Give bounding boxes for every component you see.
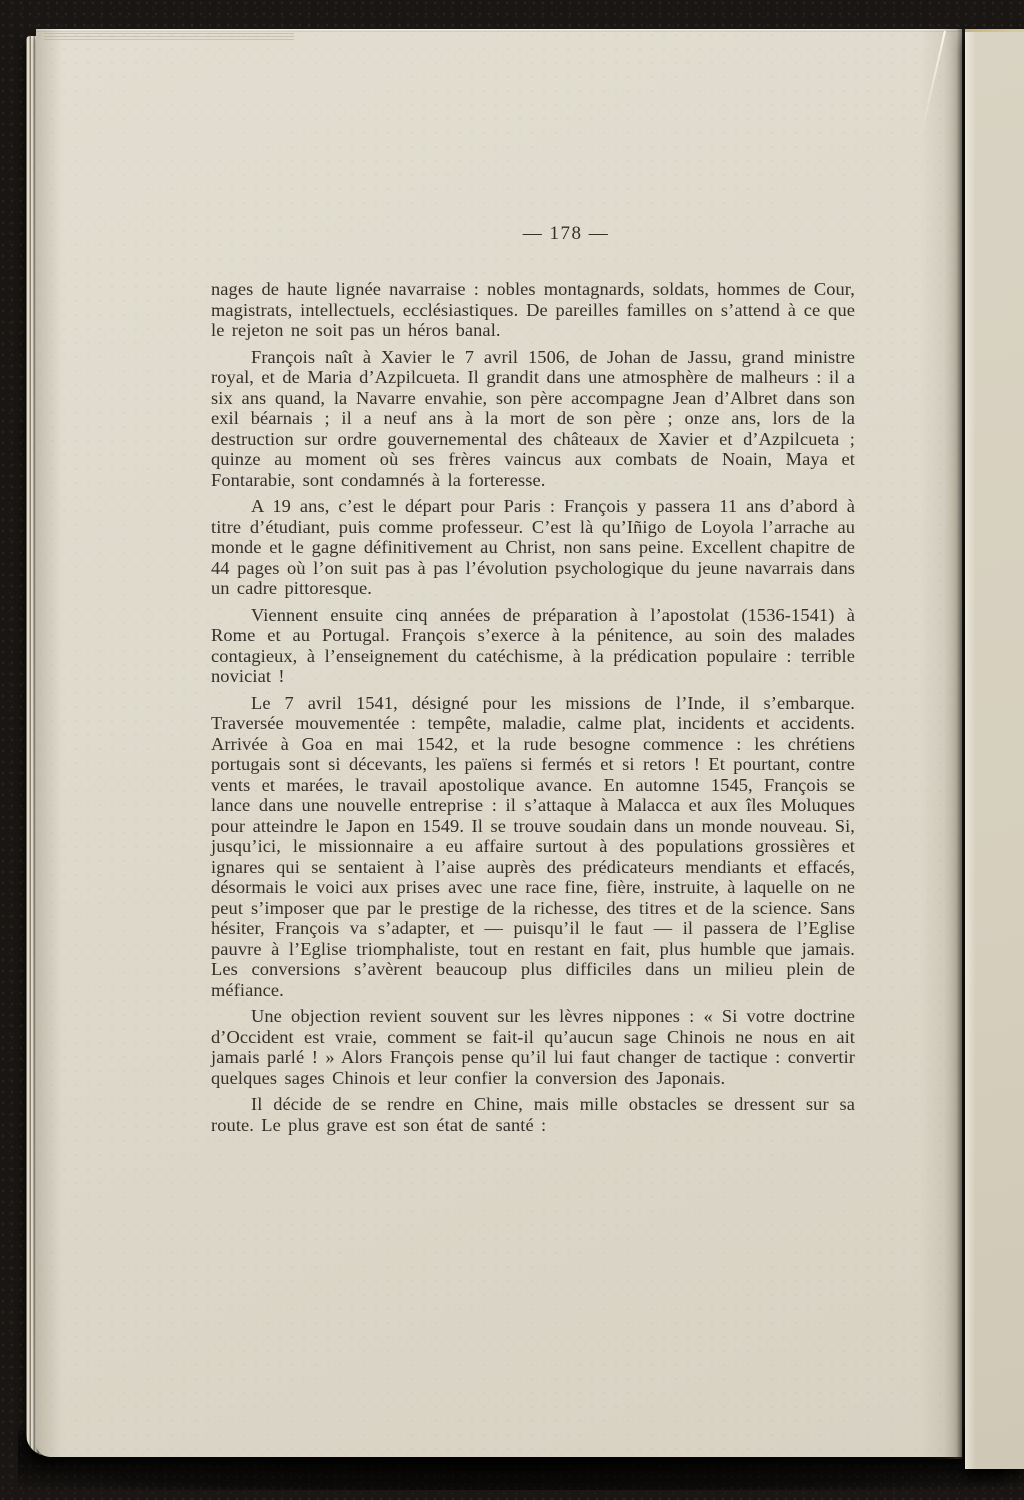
book-gutter bbox=[920, 29, 963, 1459]
top-page-edge-lines bbox=[44, 33, 294, 40]
facing-page-sliver bbox=[965, 31, 1024, 1469]
paragraph: Une objection revient souvent sur les lè… bbox=[211, 1006, 855, 1088]
paragraph: A 19 ans, c’est le départ pour Paris : F… bbox=[211, 496, 855, 599]
paragraph: nages de haute lignée navarraise : noble… bbox=[211, 279, 855, 341]
book-photograph: — 178 — nages de haute lignée navarraise… bbox=[0, 0, 1024, 1500]
paragraph: François naît à Xavier le 7 avril 1506, … bbox=[211, 347, 855, 491]
text-column: nages de haute lignée navarraise : noble… bbox=[211, 279, 855, 1135]
book-left-page: — 178 — nages de haute lignée navarraise… bbox=[36, 29, 962, 1457]
paragraph: Viennent ensuite cinq années de préparat… bbox=[211, 605, 855, 687]
paragraph: Il décide de se rendre en Chine, mais mi… bbox=[211, 1094, 855, 1135]
paragraph: Le 7 avril 1541, désigné pour les missio… bbox=[211, 693, 855, 1001]
page-number: — 178 — bbox=[244, 223, 888, 245]
